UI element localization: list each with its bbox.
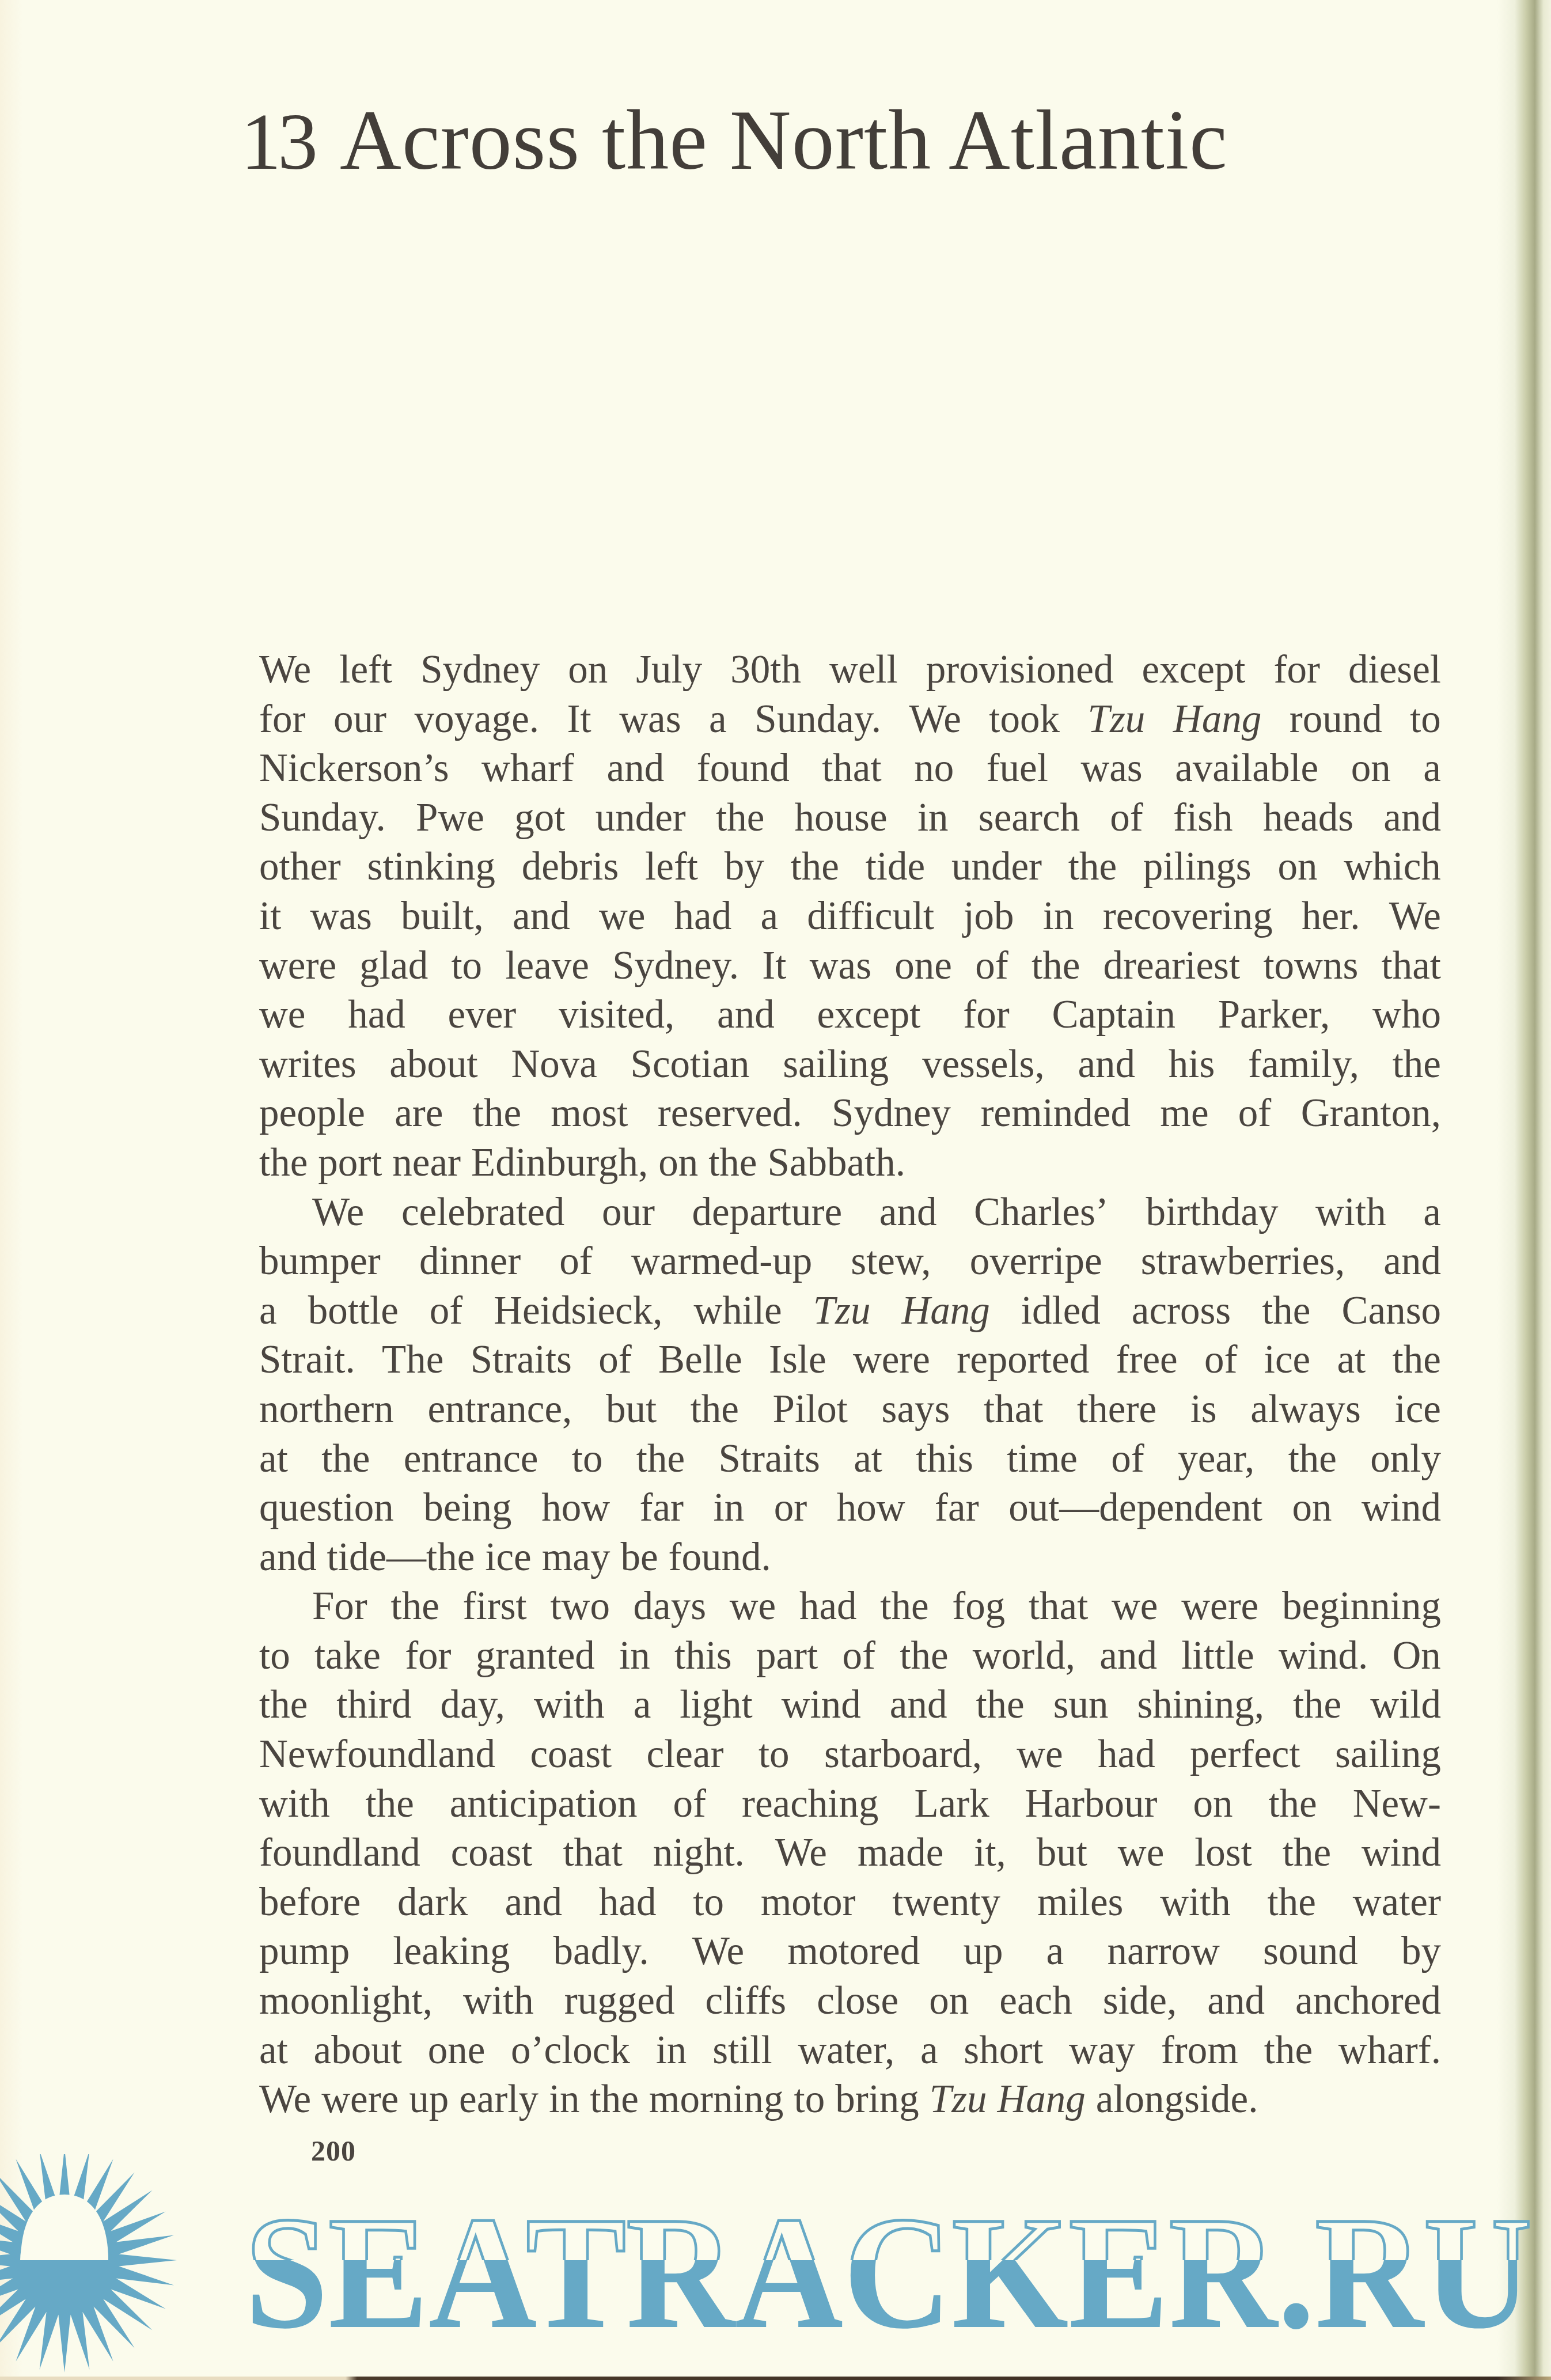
word: me [1160,1089,1208,1138]
word: fog [952,1582,1005,1631]
word: strawberries, [1141,1237,1345,1286]
word: Sydney. [612,941,739,991]
word: For [312,1582,367,1631]
word: and [1078,1040,1135,1089]
word: the [1293,1680,1341,1730]
word: out—dependent [1008,1483,1262,1533]
word: Nickerson’s [259,744,449,793]
word: the [1262,1286,1310,1336]
word: under [596,793,686,843]
word: of [673,1779,706,1829]
word: of [559,1237,592,1286]
word: Pwe [416,793,484,843]
word: wild [1370,1680,1441,1730]
word: on [1292,1483,1332,1533]
word: one [428,2026,486,2075]
chapter-number: 13 [241,97,314,187]
word: this [916,1434,973,1484]
word: that [563,1828,622,1878]
word: and [1099,1631,1157,1681]
word: was [619,695,681,744]
word: visited, [559,990,674,1040]
text-line: bumperdinnerofwarmed-upstew,overripestra… [259,1237,1441,1286]
word: other [259,842,341,892]
word: one [894,941,952,991]
word: two [550,1582,610,1631]
text-line: Newfoundlandcoastcleartostarboard,wehadp… [259,1730,1441,1779]
word: writes [259,1040,357,1089]
word: left [339,645,392,695]
text-line: questionbeinghowfarinorhowfarout—depende… [259,1483,1441,1533]
word: water [1353,1878,1441,1927]
word: Belle [658,1335,742,1385]
word: wind [1362,1828,1441,1878]
word: were [1181,1582,1258,1631]
word: foundland [259,1828,420,1878]
word: under [951,842,1042,892]
word: are [395,1089,443,1138]
word: in [714,1483,745,1533]
paragraph: Forthefirsttwodayswehadthefogthatwewereb… [259,1582,1441,2124]
word: cliffs [706,1976,787,2026]
word: built, [401,892,484,941]
word: recovering [1103,892,1273,941]
word: we [730,1582,776,1631]
text-line: northernentrance,butthePilotsaysthatther… [259,1385,1441,1434]
word: in [1043,892,1074,941]
text-line: WeleftSydneyonJuly30thwellprovisionedexc… [259,645,1441,695]
word: a [259,1286,277,1336]
word: and [505,1878,562,1927]
sun-icon [0,2154,177,2373]
word: reminded [980,1089,1131,1138]
word: The [382,1335,443,1385]
word: coast [451,1828,533,1878]
word: side, [1103,1976,1177,2026]
word: sailing [783,1040,889,1089]
word: at [1337,1335,1366,1385]
word: first [463,1582,527,1631]
word: coast [530,1730,612,1779]
word: bumper [259,1237,381,1286]
word: the [1268,1779,1317,1829]
word: o’clock [511,2026,630,2075]
word: available [1175,744,1318,793]
word: wharf. [1338,2026,1441,2075]
word: a [1423,744,1441,793]
word: reserved. [658,1089,802,1138]
word: time [1007,1434,1078,1484]
word: clear [647,1730,724,1779]
word: light [680,1680,753,1730]
word: about [389,1040,477,1089]
word: stew, [851,1237,931,1286]
word: a [1046,1927,1064,1976]
word: of [1204,1335,1237,1385]
text-line: forourvoyage.ItwasaSunday.WetookTzuHangr… [259,695,1441,744]
word: the [636,1434,685,1484]
word: the [1393,1040,1441,1089]
word: ice [1264,1335,1310,1385]
word: this [674,1631,732,1681]
chapter-heading: 13Across the North Atlantic [241,98,1228,183]
word: tide—the [327,1533,475,1582]
word: year, [1178,1434,1254,1484]
word: On [1392,1631,1440,1681]
word: leave [505,941,589,991]
word: house [795,793,888,843]
word: the [1032,941,1080,991]
word: in [619,1631,650,1681]
word: being [423,1483,511,1533]
word: glad [359,941,428,991]
word: wharf [481,744,574,793]
word: of [1111,1434,1144,1484]
word: to [759,1730,790,1779]
word: reported [957,1335,1089,1385]
word: ice [485,1533,531,1582]
word: Sunday. [754,695,881,744]
word: the [259,1138,308,1188]
word: Sydney [420,645,540,695]
text-line: withtheanticipationofreachingLarkHarbour… [259,1779,1441,1829]
text-line: abottleofHeidsieck,whileTzuHangidledacro… [259,1286,1441,1336]
word: dreariest [1103,941,1241,991]
word: Harbour [1025,1779,1158,1829]
word: water, [798,2026,894,2075]
word: to [794,2075,825,2124]
word: the [691,1385,739,1434]
word: far [639,1483,684,1533]
word: the [1283,1828,1331,1878]
word: question [259,1483,394,1533]
word: for [405,1631,451,1681]
word: diesel [1348,645,1441,695]
word: Edinburgh, [471,1138,648,1188]
word: Straits [718,1434,820,1484]
word: voyage. [415,695,540,744]
word: the [259,1680,308,1730]
word: who [1372,990,1441,1040]
word: idled [1021,1286,1101,1336]
word: of [430,1286,462,1336]
word: entrance, [427,1385,572,1434]
word: except [1142,645,1245,695]
word: little [1181,1631,1254,1681]
italic-word: Tzu [930,2075,987,2124]
word: which [1344,842,1441,892]
word: third [336,1680,411,1730]
word: how [837,1483,905,1533]
word: day, [441,1680,505,1730]
word: We [259,645,311,695]
word: left [645,842,698,892]
word: difficult [807,892,934,941]
text-line: foundlandcoastthatnight.Wemadeit,butwelo… [259,1828,1441,1878]
word: near [392,1138,461,1188]
word: of [975,941,1008,991]
word: the [1288,1434,1337,1484]
word: the [880,1582,928,1631]
word: always [1250,1385,1361,1434]
body-text: WeleftSydneyonJuly30thwellprovisionedexc… [259,645,1441,2124]
word: of [842,1631,875,1681]
word: moonlight, [259,1976,433,2026]
word: beginning [1282,1582,1441,1631]
word: We [692,1927,744,1976]
word: world, [973,1631,1075,1681]
word: Parker, [1218,990,1330,1040]
word: were [853,1335,930,1385]
word: starboard, [824,1730,982,1779]
word: our [602,1188,655,1237]
word: pilings [1143,842,1252,892]
word: at [259,2026,288,2075]
word: that [1382,941,1441,991]
paragraph: WeleftSydneyonJuly30thwellprovisionedexc… [259,645,1441,1188]
word: the [900,1631,948,1681]
word: on [1351,744,1391,793]
word: narrow [1107,1927,1219,1976]
word: Heidsieck, [494,1286,662,1336]
word: the [976,1680,1024,1730]
text-line: Sunday.Pwegotunderthehouseinsearchoffish… [259,793,1441,843]
word: to [572,1434,603,1484]
word: and [513,892,570,941]
word: alongside. [1096,2075,1258,2124]
word: anticipation [450,1779,638,1829]
word: entrance [404,1434,539,1484]
word: twenty [892,1878,1000,1927]
word: Strait. [259,1335,355,1385]
word: and [607,744,665,793]
word: the [791,842,839,892]
word: overripe [970,1237,1102,1286]
word: perfect [1190,1730,1300,1779]
word: wind. [1279,1631,1368,1681]
word: motored [787,1927,920,1976]
word: with [534,1680,605,1730]
word: for [963,990,1009,1040]
word: Scotian [631,1040,750,1089]
word: was [310,892,372,941]
word: or [774,1483,807,1533]
word: with [1315,1188,1386,1237]
word: badly. [553,1927,649,1976]
word: sound [1263,1927,1358,1976]
text-line: andtide—theicemaybefound. [259,1533,1441,1582]
word: and [259,1533,317,1582]
word: for [259,695,305,744]
word: be [620,1533,658,1582]
word: people [259,1089,365,1138]
word: Isle [769,1335,826,1385]
word: and [717,990,775,1040]
word: our [333,695,386,744]
word: made [858,1828,943,1878]
word: still [712,2026,772,2075]
chapter-title: Across the North Atlantic [340,93,1228,188]
word: It [762,941,786,991]
word: wind [1362,1483,1441,1533]
word: that [822,744,881,793]
word: had [599,1878,657,1927]
text-line: moonlight,withruggedcliffscloseoneachsid… [259,1976,1441,2026]
word: to [451,941,482,991]
word: the [321,1434,370,1484]
word: up [963,1927,1003,1976]
word: that [1029,1582,1088,1631]
word: had [348,990,405,1040]
word: it [259,892,281,941]
word: days [634,1582,706,1631]
text-line: ataboutoneo’clockinstillwater,ashortwayf… [259,2026,1441,2075]
word: departure [692,1188,843,1237]
word: well [829,645,898,695]
word: there [1077,1385,1156,1434]
italic-word: Hang [1173,695,1261,744]
word: her. [1302,892,1360,941]
word: pump [259,1927,350,1976]
word: on [658,1138,698,1188]
word: sun [1053,1680,1109,1730]
word: vessels, [922,1040,1045,1089]
word: a [709,695,727,744]
word: debris [522,842,619,892]
word: dark [397,1878,468,1927]
word: Sunday. [259,793,386,843]
word: with [259,1779,330,1829]
word: round [1290,695,1382,744]
word: Pilot [773,1385,848,1434]
word: at [259,1434,288,1484]
word: a [760,892,778,941]
word: the [366,1779,414,1829]
word: ice [1394,1385,1440,1434]
word: anchored [1295,1976,1441,2026]
word: the [716,793,764,843]
word: We [259,2075,311,2124]
word: on [1193,1779,1233,1829]
word: We [1389,892,1441,941]
text-line: pumpleakingbadly.Wemotoredupanarrowsound… [259,1927,1441,1976]
word: but [606,1385,657,1434]
word: far [935,1483,979,1533]
word: short [964,2026,1043,2075]
text-line: WewereupearlyinthemorningtobringTzuHanga… [259,2075,1441,2124]
word: to [259,1631,290,1681]
word: celebrated [401,1188,564,1237]
word: Sabbath. [767,1138,905,1188]
word: were [259,941,336,991]
word: July [636,645,702,695]
italic-word: Tzu [1088,695,1146,744]
word: close [817,1976,898,2026]
word: had [799,1582,857,1631]
word: ever [448,990,517,1040]
text-line: WecelebratedourdepartureandCharles’birth… [259,1188,1441,1237]
text-line: Strait.TheStraitsofBelleIslewerereported… [259,1335,1441,1385]
word: while [693,1286,782,1336]
word: on [1277,842,1317,892]
text-line: itwasbuilt,andwehadadifficultjobinrecove… [259,892,1441,941]
word: morning [649,2075,784,2124]
word: and [879,1188,937,1237]
watermark-text: SEATRACKER.RU SEATRACKER.RU [245,2183,1532,2362]
word: of [598,1335,631,1385]
word: part [756,1631,818,1681]
word: and [1207,1976,1265,2026]
word: Charles’ [974,1188,1109,1237]
word: about [314,2026,402,2075]
word: had [1098,1730,1155,1779]
word: motor [761,1878,856,1927]
word: We [775,1828,827,1878]
word: we [1112,1582,1158,1631]
word: We [312,1188,364,1237]
word: the [590,2075,639,2124]
text-line: thethirdday,withalightwindandthesunshini… [259,1680,1441,1730]
word: was [1080,744,1142,793]
word: the [1268,1878,1316,1927]
word: is [1190,1385,1217,1434]
word: with [1160,1878,1231,1927]
word: the [1393,1335,1441,1385]
word: except [817,990,920,1040]
word: in [917,793,949,843]
word: may [542,1533,610,1582]
word: got [514,793,565,843]
word: in [549,2075,580,2124]
text-line: Nickerson’swharfandfoundthatnofuelwasava… [259,744,1441,793]
italic-word: Hang [997,2075,1085,2124]
text-line: theportnearEdinburgh,ontheSabbath. [259,1138,1441,1188]
word: the [473,1089,521,1138]
word: Lark [914,1779,989,1829]
text-line: attheentrancetotheStraitsatthistimeofyea… [259,1434,1441,1484]
word: before [259,1878,361,1927]
word: rugged [564,1976,675,2026]
word: bottle [308,1286,399,1336]
word: and [890,1680,947,1730]
word: by [725,842,764,892]
word: early [459,2075,539,2124]
word: night. [653,1828,745,1878]
word: that [984,1385,1043,1434]
word: birthday [1146,1188,1278,1237]
word: towns [1263,941,1358,991]
word: and [1383,793,1441,843]
word: fuel [987,744,1048,793]
word: wind [782,1680,861,1730]
word: provisioned [926,645,1114,695]
word: we [1017,1730,1063,1779]
word: a [920,2026,938,2075]
text-line: beforedarkandhadtomotortwentymileswithth… [259,1878,1441,1927]
word: took [989,695,1060,744]
word: were [321,2075,399,2124]
word: sailing [1335,1730,1441,1779]
word: had [674,892,732,941]
word: We [909,695,961,744]
word: in [656,2026,687,2075]
word: family, [1248,1040,1359,1089]
word: but [1037,1828,1087,1878]
word: Nova [511,1040,597,1089]
word: dinner [419,1237,521,1286]
word: Newfoundland [259,1730,495,1779]
word: lost [1194,1828,1252,1878]
